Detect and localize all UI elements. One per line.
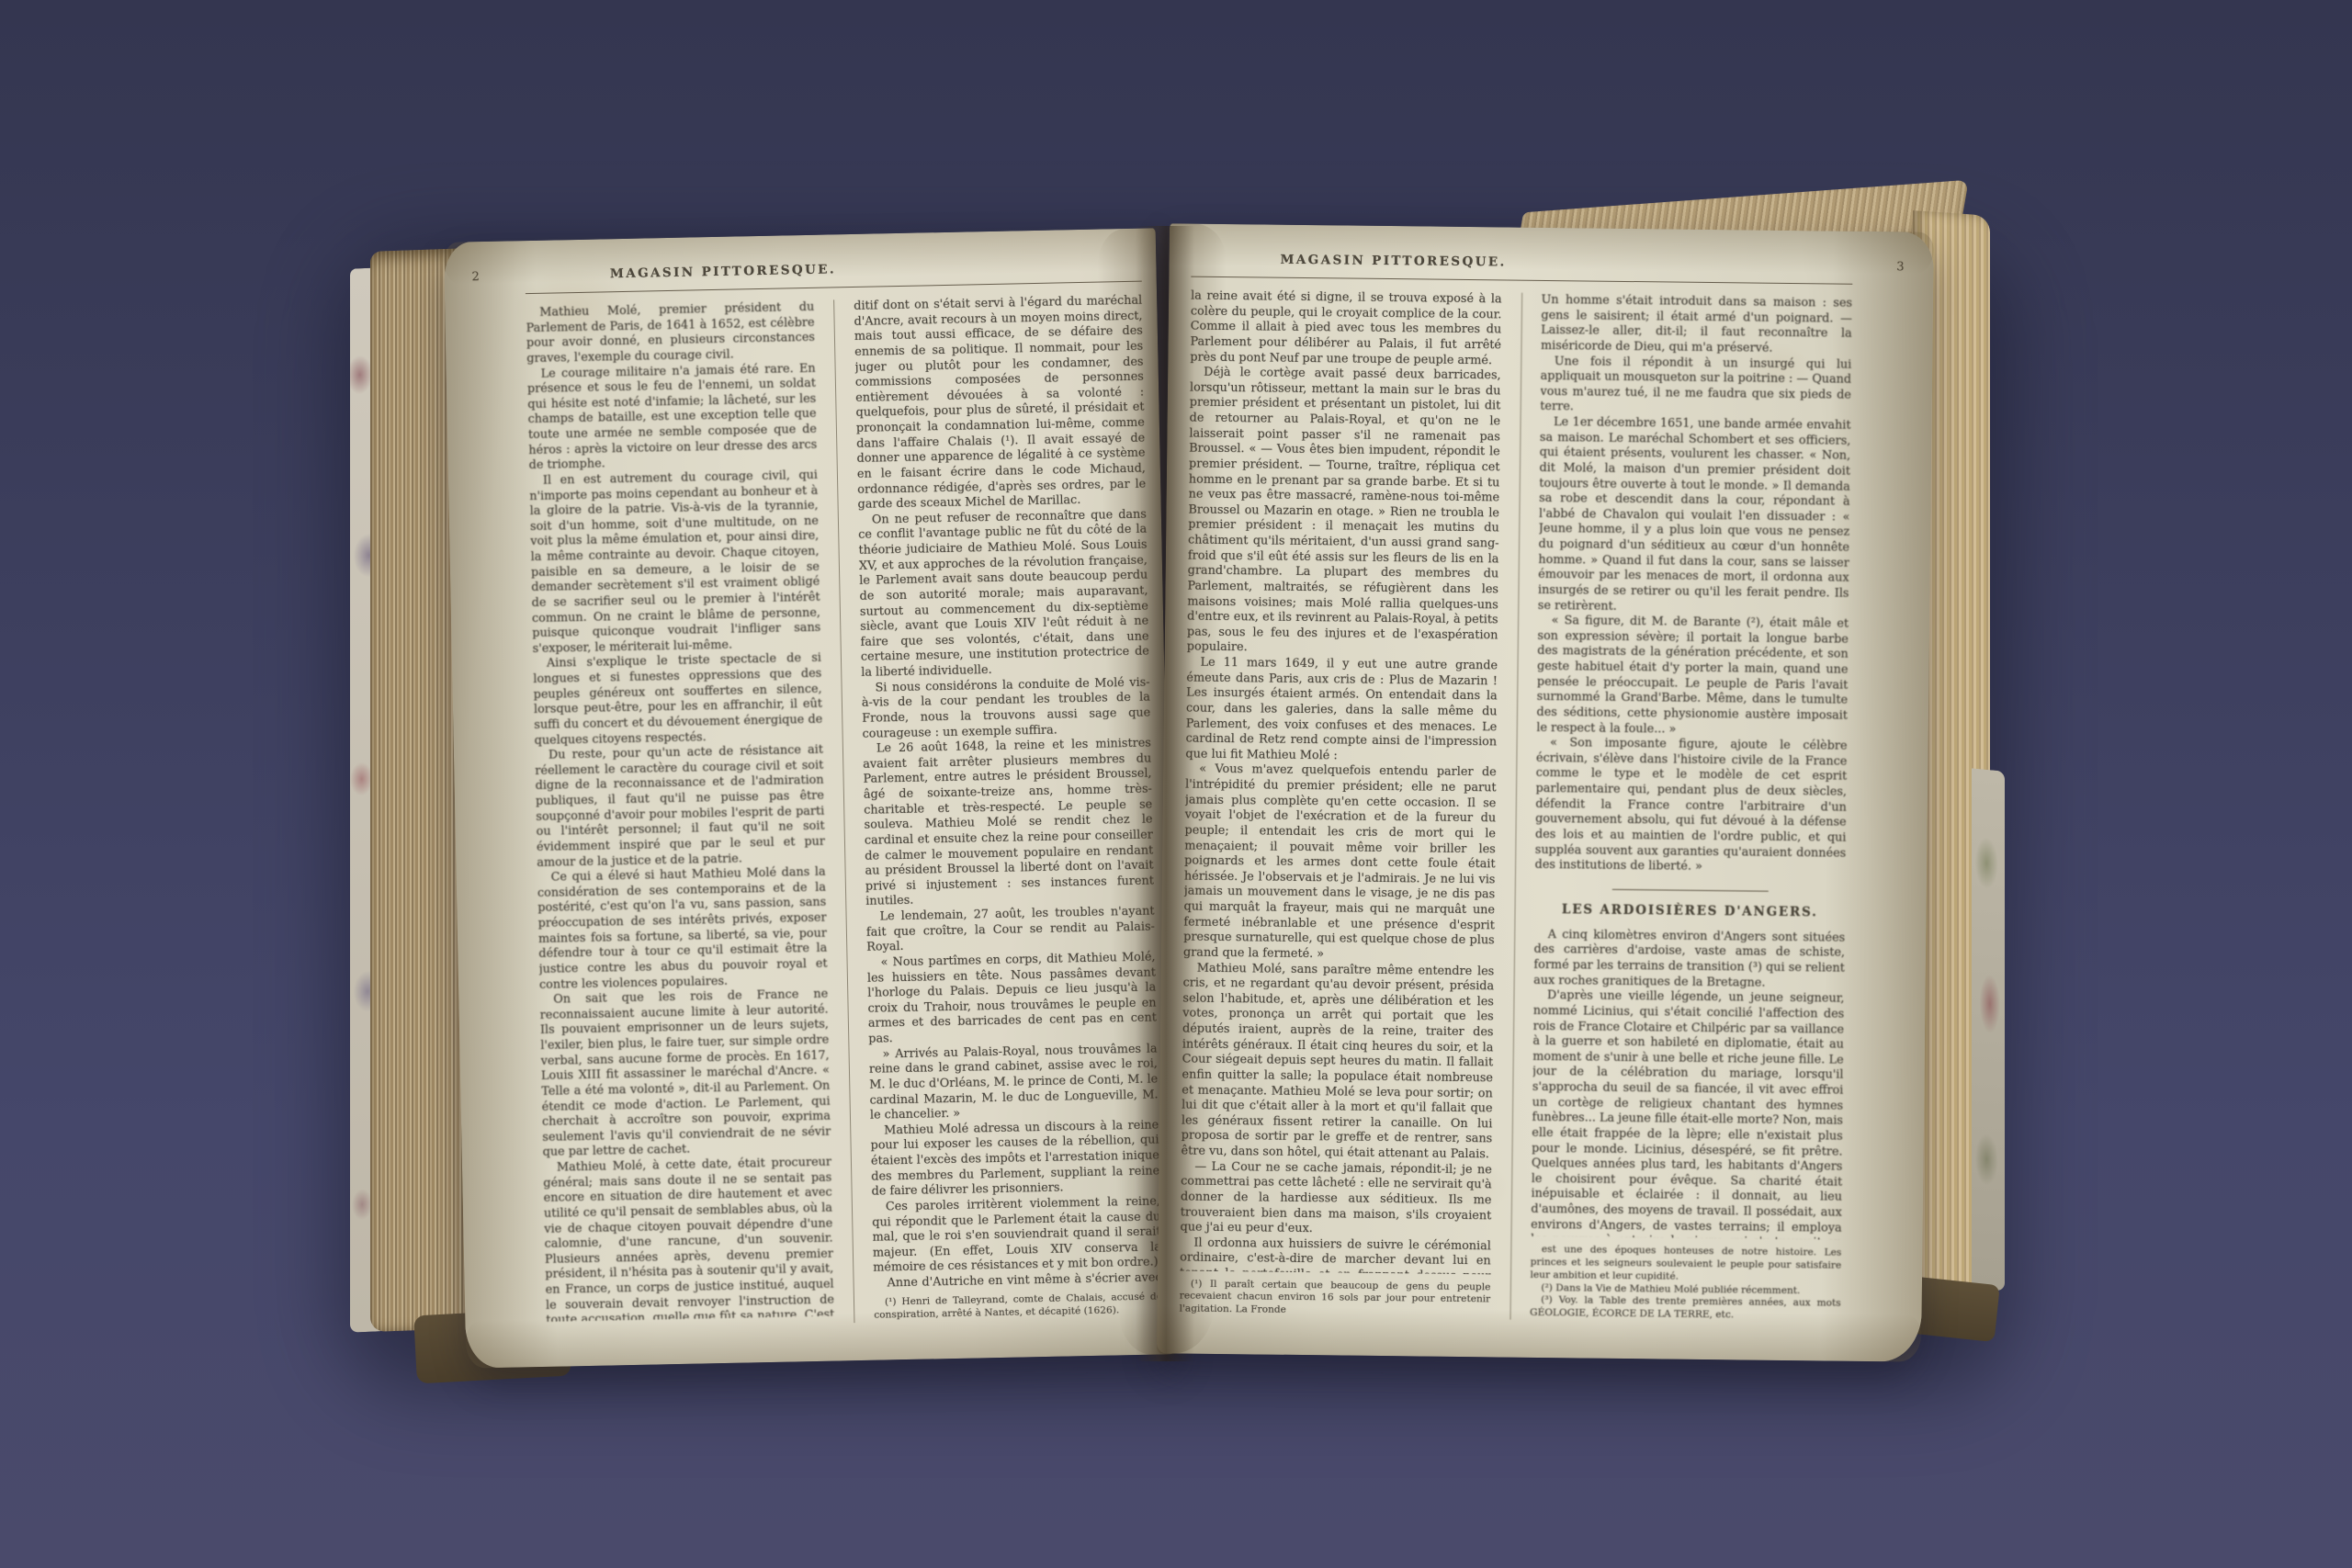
right-header-rule (1191, 276, 1852, 285)
paragraph: Ces paroles irritèrent violemment la rei… (872, 1194, 1162, 1276)
column-footnotes: (¹) Henri de Talleyrand, comte de Chalai… (874, 1292, 1162, 1323)
column-text: Un homme s'était introduit dans sa maiso… (1531, 293, 1852, 1240)
left-page-column-1: Mathieu Molé, premier président du Parle… (526, 300, 834, 1329)
column-text: la reine avait été si digne, il se trouv… (1180, 289, 1502, 1274)
paragraph: — La Cour ne se cache jamais, répondit-i… (1181, 1159, 1492, 1239)
paragraph: Il ordonna aux huissiers de suivre le cé… (1180, 1235, 1491, 1274)
left-page-running-title: MAGASIN PITTORESQUE. (414, 258, 1031, 285)
footnote: (³) Voy. la Table des trente premières a… (1530, 1294, 1841, 1323)
paragraph: Une fois il répondit à un insurgé qui lu… (1540, 354, 1851, 418)
paragraph: Le lendemain, 27 août, les troubles n'ay… (865, 905, 1155, 956)
paragraph: » Arrivés au Palais-Royal, nous trouvâme… (868, 1042, 1159, 1123)
column-text: Mathieu Molé, premier président du Parle… (526, 300, 834, 1322)
paragraph: On sait que les rois de France ne reconn… (539, 987, 831, 1161)
paragraph: A cinq kilomètres environ d'Angers sont … (1533, 928, 1845, 992)
paragraph: Il en est autrement du courage civil, qu… (529, 468, 821, 658)
paragraph: « Nous partîmes en corps, dit Mathieu Mo… (866, 950, 1157, 1047)
paragraph: Le courage militaire n'a jamais été rare… (527, 361, 818, 474)
column-footnotes: (¹) Il paraît certain que beaucoup de ge… (1180, 1278, 1491, 1319)
paragraph-continuation: la reine avait été si digne, il se trouv… (1190, 289, 1501, 369)
paragraph: Mathieu Molé, sans paraître même entendr… (1181, 961, 1494, 1163)
right-page-columns: la reine avait été si digne, il se trouv… (1180, 289, 1853, 1324)
column-footnotes (547, 1324, 835, 1329)
paragraph: Mathieu Molé adressa un discours à la re… (870, 1118, 1160, 1200)
paragraph: « Son imposante figure, ajoute le célèbr… (1535, 736, 1848, 876)
photo-backdrop: 2 MAGASIN PITTORESQUE. Mathieu Molé, pre… (0, 0, 2352, 1568)
right-page-number: 3 (1896, 260, 1904, 274)
paragraph: Si nous considérons la conduite de Molé … (861, 675, 1150, 742)
left-page-columns: Mathieu Molé, premier président du Parle… (526, 294, 1162, 1329)
paragraph: « Vous m'avez quelquefois entendu parler… (1183, 762, 1497, 964)
right-page-header: MAGASIN PITTORESQUE. 3 (1191, 252, 1852, 277)
paragraph: Le 1er décembre 1651, une bande armée en… (1538, 415, 1851, 617)
paragraph: Ce qui a élevé si haut Mathieu Molé dans… (537, 865, 829, 993)
paragraph: Le 11 mars 1649, il y eut une autre gran… (1185, 656, 1498, 766)
book-gutter-shadow (1136, 226, 1194, 1361)
paragraph: Déjà le cortège avait passé deux barrica… (1187, 366, 1501, 660)
paragraph-continuation: Un homme s'était introduit dans sa maiso… (1541, 293, 1852, 357)
left-page: 2 MAGASIN PITTORESQUE. Mathieu Molé, pre… (444, 228, 1178, 1368)
paragraph: « Sa figure, dit M. de Barante (²), étai… (1536, 614, 1849, 739)
right-page-column-2: Un homme s'était introduit dans sa maiso… (1510, 293, 1852, 1324)
paragraph: D'après une vieille légende, un jeune se… (1531, 988, 1845, 1240)
marbled-board-right (1972, 768, 2005, 1291)
footnote: est une des époques honteuses de notre h… (1530, 1244, 1841, 1285)
paragraph: Du reste, pour qu'un acte de résistance … (535, 743, 826, 871)
section-divider (1612, 889, 1769, 892)
left-page-column-2: ditif dont on s'était servi à l'égard du… (833, 294, 1162, 1324)
paragraph: On ne peut refuser de reconnaître que da… (858, 507, 1150, 681)
footnote: (¹) Henri de Talleyrand, comte de Chalai… (874, 1292, 1162, 1323)
column-text: ditif dont on s'était servi à l'égard du… (854, 294, 1162, 1291)
right-page-content: MAGASIN PITTORESQUE. 3 la reine avait ét… (1157, 223, 1934, 1361)
paragraph-continuation: ditif dont on s'était servi à l'égard du… (854, 294, 1147, 513)
column-footnotes: est une des époques honteuses de notre h… (1530, 1244, 1841, 1323)
paragraph: Le 26 août 1648, la reine et les ministr… (863, 737, 1155, 910)
paragraph: Mathieu Molé, premier président du Parle… (526, 300, 815, 367)
footnote: (¹) Il paraît certain que beaucoup de ge… (1180, 1278, 1491, 1319)
paragraph: Ainsi s'explique le triste spectacle de … (533, 651, 823, 749)
left-page-content: 2 MAGASIN PITTORESQUE. Mathieu Molé, pre… (444, 228, 1178, 1368)
section-heading: LES ARDOISIÈRES D'ANGERS. (1534, 902, 1846, 920)
right-page-column-1: la reine avait été si digne, il se trouv… (1180, 289, 1502, 1320)
right-page: MAGASIN PITTORESQUE. 3 la reine avait ét… (1157, 223, 1934, 1361)
paragraph: Mathieu Molé, à cette date, était procur… (543, 1156, 834, 1322)
